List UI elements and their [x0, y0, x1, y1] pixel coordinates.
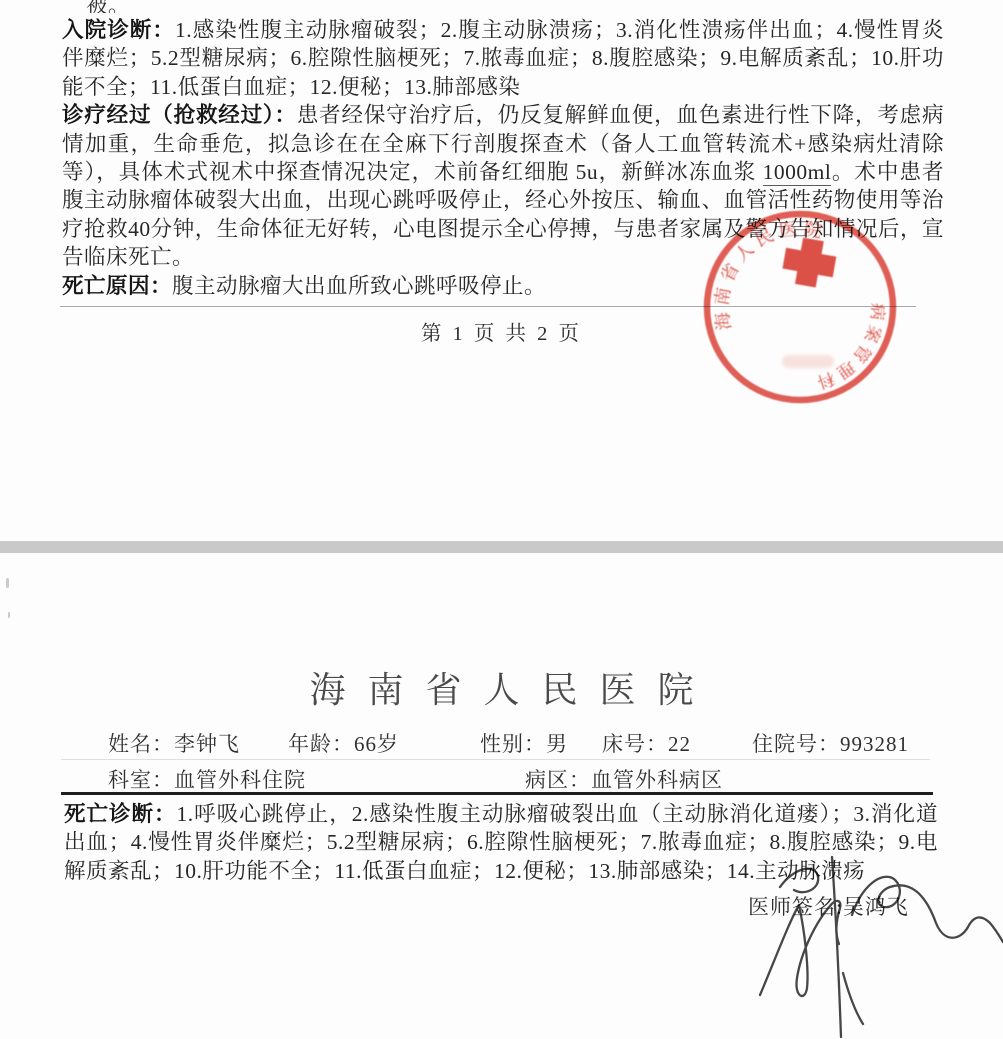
field-name-value: 李钟飞 [174, 732, 240, 756]
field-bed-label: 床号： [602, 732, 668, 756]
field-admission-number-label: 住院号： [752, 732, 840, 756]
handwritten-signature [580, 845, 1003, 1039]
field-sex-label: 性别： [480, 732, 546, 756]
field-ward: 病区：血管外科病区 [525, 764, 723, 794]
field-name-label: 姓名： [108, 732, 174, 756]
admission-diagnosis-paragraph: 入院诊断：1.感染性腹主动脉瘤破裂；2.腹主动脉溃疡；3.消化性溃疡伴出血；4.… [62, 16, 944, 101]
field-ward-value: 血管外科病区 [591, 768, 723, 792]
field-bed-value: 22 [668, 732, 691, 756]
admission-diagnosis-text: 1.感染性腹主动脉瘤破裂；2.腹主动脉溃疡；3.消化性溃疡伴出血；4.慢性胃炎伴… [62, 18, 944, 99]
patient-info-thin-rule [61, 759, 930, 760]
page-divider-bar [0, 541, 1003, 553]
patient-info-thick-rule [61, 792, 933, 795]
field-age-label: 年龄： [288, 732, 354, 756]
hospital-seal-stamp: 海南省人民医院 病案管理科 [700, 207, 900, 407]
field-department: 科室：血管外科住院 [108, 764, 306, 794]
death-diagnosis-label: 死亡诊断： [64, 802, 177, 826]
field-bed-number: 床号：22 [602, 728, 691, 758]
field-admission-number-value: 993281 [840, 732, 909, 756]
field-ward-label: 病区： [525, 768, 591, 792]
death-cause-text: 腹主动脉瘤大出血所致心跳呼吸停止。 [172, 274, 546, 298]
field-department-label: 科室： [108, 768, 174, 792]
ink-smudge [782, 355, 834, 368]
red-cross-icon [780, 235, 838, 290]
seal-ring [707, 214, 893, 400]
hospital-title: 海南省人民医院 [0, 662, 1003, 713]
field-age: 年龄：66岁 [288, 728, 399, 758]
death-cause-label: 死亡原因： [62, 274, 172, 298]
field-department-value: 血管外科住院 [174, 768, 306, 792]
field-sex-value: 男 [546, 732, 568, 756]
treatment-course-label: 诊疗经过（抢救经过）： [62, 103, 297, 127]
cutoff-previous-line: 被。 [86, 0, 206, 13]
field-name: 姓名：李钟飞 [108, 728, 240, 758]
field-sex: 性别：男 [480, 728, 568, 758]
admission-diagnosis-label: 入院诊断： [62, 18, 175, 42]
scan-artifact [8, 612, 10, 618]
scan-artifact [6, 578, 9, 588]
field-age-value: 66岁 [354, 732, 399, 756]
field-admission-number: 住院号：993281 [752, 728, 909, 758]
blood-plasma-amount-underlined: 1000ml [763, 160, 832, 186]
scanned-medical-record: 被。 入院诊断：1.感染性腹主动脉瘤破裂；2.腹主动脉溃疡；3.消化性溃疡伴出血… [0, 0, 1003, 1039]
cutoff-text: 被。 [86, 0, 130, 13]
